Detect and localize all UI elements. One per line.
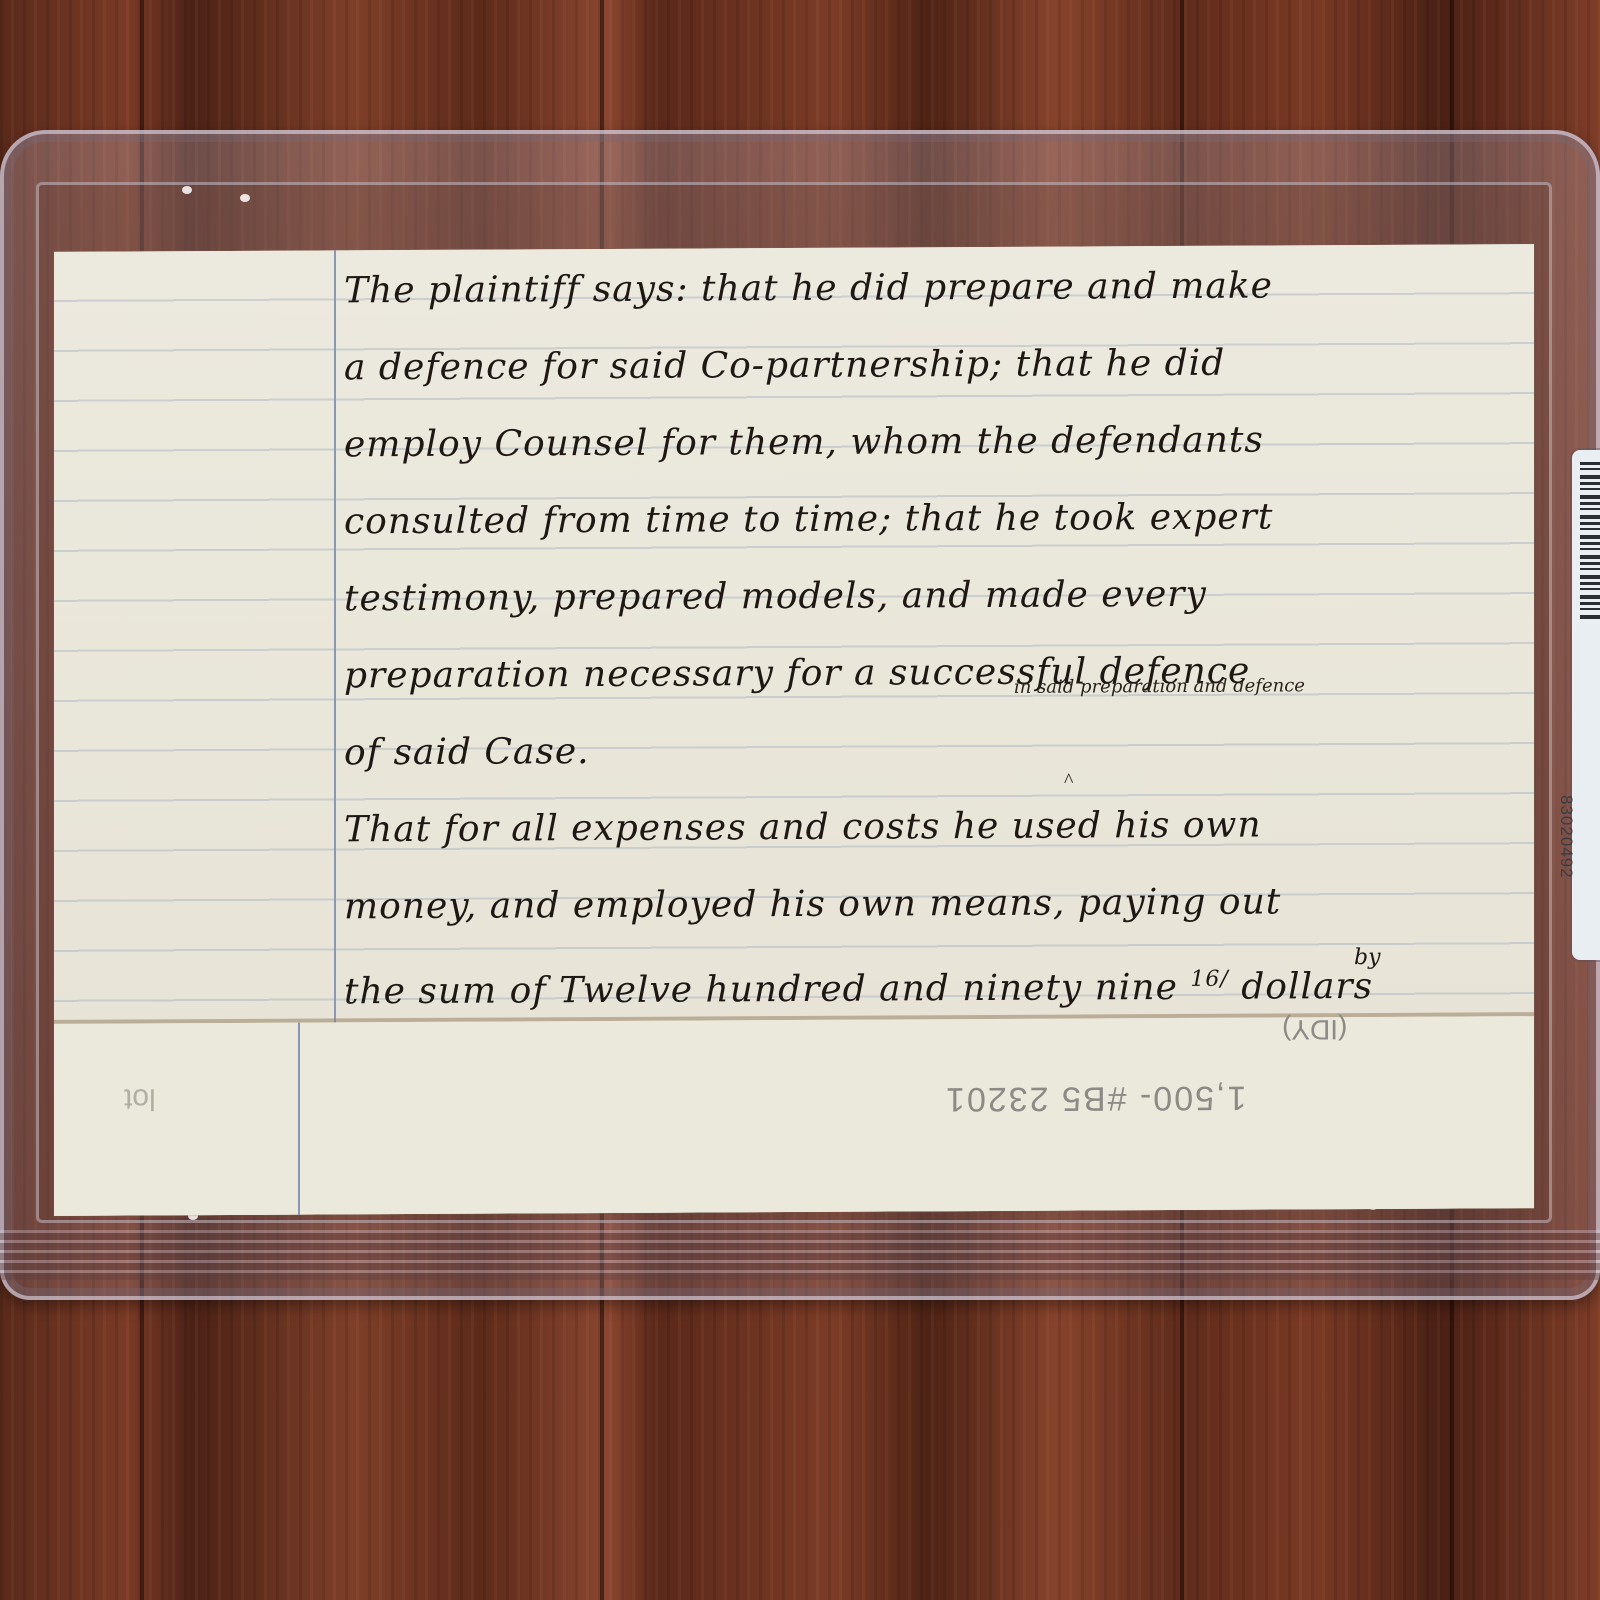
pencil-inventory-note: 1,500- #B5 23201 bbox=[944, 1078, 1246, 1119]
margin-insert-by: by bbox=[1354, 945, 1381, 970]
holder-speck bbox=[182, 186, 192, 194]
manuscript-line: employ Counsel for them, whom the defend… bbox=[344, 400, 1524, 483]
manuscript-line: a defence for said Co-partnership; that … bbox=[344, 323, 1524, 406]
pencil-margin-note: lot bbox=[124, 1081, 156, 1115]
manuscript-line: That for all expenses and costs he used … bbox=[344, 785, 1524, 868]
manuscript-line: testimony, prepared models, and made eve… bbox=[344, 554, 1524, 637]
manuscript-line: money, and employed his own means, payin… bbox=[344, 862, 1524, 945]
holder-label: 83020492 bbox=[1572, 450, 1600, 960]
manuscript-page: The plaintiff says: that he did prepare … bbox=[54, 244, 1534, 1216]
cert-number: 83020492 bbox=[1556, 795, 1576, 879]
pencil-note-paren: (IDY) bbox=[1282, 1013, 1347, 1045]
dollars-word: dollars bbox=[1241, 966, 1373, 1008]
paper-lower-section bbox=[54, 1016, 1534, 1216]
insertion-caret: ^ bbox=[1064, 770, 1073, 793]
manuscript-line: preparation necessary for a successful d… bbox=[344, 631, 1524, 714]
interlinear-insertion: in said preparation and defence bbox=[1014, 675, 1305, 698]
manuscript-line: of said Case. bbox=[344, 708, 1524, 791]
manuscript-line: The plaintiff says: that he did prepare … bbox=[344, 246, 1524, 329]
holder-speck bbox=[240, 194, 250, 202]
margin-line-lower bbox=[298, 1023, 300, 1215]
barcode-icon bbox=[1580, 462, 1600, 622]
manuscript-line-sum: the sum of Twelve hundred and ninety nin… bbox=[344, 939, 1524, 1022]
sum-text: the sum of Twelve hundred and ninety nin… bbox=[344, 967, 1178, 1012]
manuscript-line: consulted from time to time; that he too… bbox=[344, 477, 1524, 560]
holder-rim bbox=[0, 1230, 1600, 1280]
handwritten-text: The plaintiff says: that he did prepare … bbox=[344, 246, 1524, 1099]
fraction: 16/ bbox=[1190, 967, 1228, 992]
